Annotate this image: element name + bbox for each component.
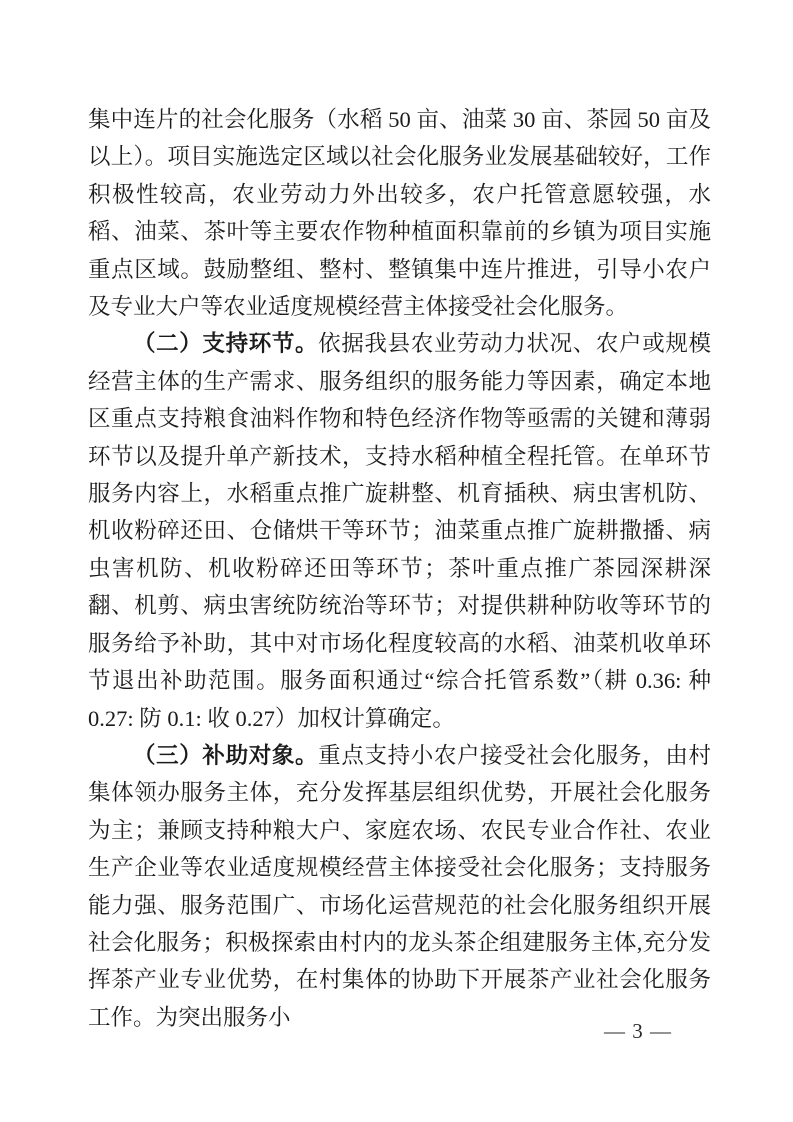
document-page: 集中连片的社会化服务（水稻 50 亩、油菜 30 亩、茶园 50 亩及以上）。项… [0, 0, 793, 1122]
paragraph: 集中连片的社会化服务（水稻 50 亩、油菜 30 亩、茶园 50 亩及以上）。项… [88, 101, 711, 325]
document-body: 集中连片的社会化服务（水稻 50 亩、油菜 30 亩、茶园 50 亩及以上）。项… [88, 101, 711, 1036]
paragraph-lead: （二）支持环节。 [133, 331, 318, 356]
page-number: — 3 — [604, 1016, 672, 1046]
paragraph: （三）补助对象。重点支持小农户接受社会化服务，由村集体领办服务主体，充分发挥基层… [88, 737, 711, 1036]
paragraph-lead: （三）补助对象。 [133, 743, 318, 768]
paragraph: （二）支持环节。依据我县农业劳动力状况、农户或规模经营主体的生产需求、服务组织的… [88, 325, 711, 736]
